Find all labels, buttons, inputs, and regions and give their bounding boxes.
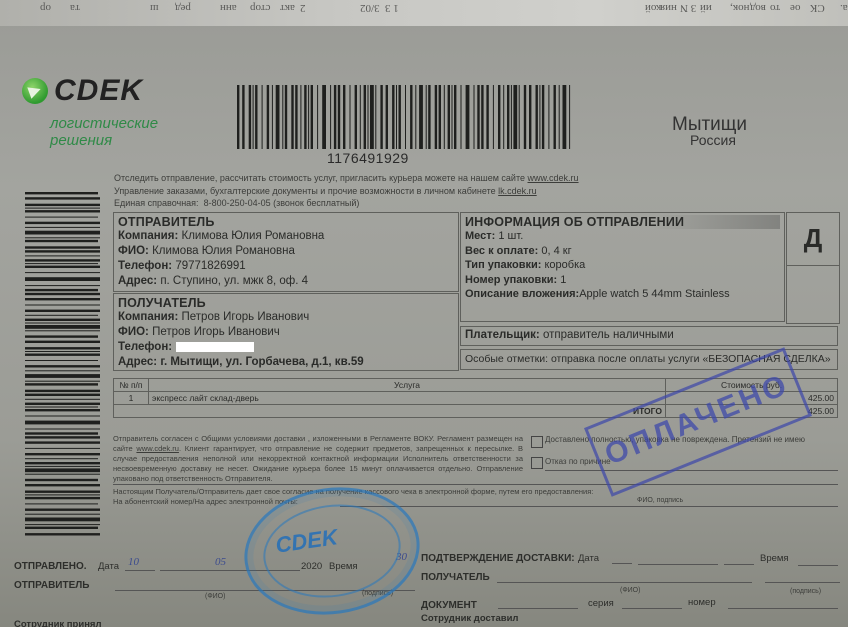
weight-value: 0, 4 кг — [541, 245, 571, 257]
sender-name-label: ФИО: — [118, 245, 149, 257]
number-label: номер — [688, 597, 716, 608]
email-line[interactable] — [340, 506, 838, 507]
info-lines: Отследить отправление, рассчитать стоимо… — [114, 172, 579, 210]
signature-hint: ФИО, подпись — [637, 497, 683, 504]
delivery-time-label: Время — [760, 553, 789, 564]
payer-row: Плательщик: отправитель наличными — [460, 326, 838, 346]
paper-fragment-text: вод — [750, 2, 766, 14]
receiver-address-label: Адрес: — [118, 356, 157, 368]
paper-fragment-text: ния — [660, 2, 677, 14]
receiver-sign-line — [765, 582, 840, 583]
receiver-company: Петров Игорь Иванович — [182, 311, 310, 323]
cabinet-link[interactable]: lk.cdek.ru — [498, 186, 537, 196]
receiver-section: ПОЛУЧАТЕЛЬ Компания: Петров Игорь Иванов… — [113, 293, 459, 371]
sent-employee-label: Сотрудник принял — [14, 619, 102, 627]
paper-fragment-text: 3 N — [680, 2, 696, 14]
tagline: логистические решения — [50, 115, 158, 149]
receiver-address: г. Мытищи, ул. Горбачева, д.1, кв.59 — [160, 356, 363, 368]
terms-text: Отправитель согласен с Общими условиями … — [113, 434, 523, 484]
paper-fragment-text: ор — [40, 2, 51, 14]
document-label: ДОКУМЕНТ — [421, 600, 477, 611]
paper-fragment-text: нок, — [730, 2, 749, 14]
weight-label: Вес к оплате: — [465, 245, 538, 257]
sender-fio-hint: (ФИО) — [205, 593, 225, 600]
total-label: ИТОГО — [114, 405, 666, 418]
paper-fragment-text: кой — [645, 2, 661, 14]
delivery-mode-letter: Д — [786, 212, 840, 266]
paper-fragment-text: ий — [700, 2, 712, 14]
receiver-company-label: Компания: — [118, 311, 178, 323]
pack-type-label: Тип упаковки: — [465, 259, 541, 271]
waybill-document: ра.СКоетоводнок,ий3 Nниякой3/021 32актст… — [0, 0, 848, 627]
places-label: Мест: — [465, 230, 495, 242]
receiver-name: Петров Игорь Иванович — [152, 326, 280, 338]
sent-date-label: Дата — [98, 561, 119, 572]
delivery-month-line — [638, 564, 718, 565]
sender-address: п. Ступино, ул. мжк 8, оф. 4 — [160, 275, 308, 287]
helpline-value: 8-800-250-04-05 (звонок бесплатный) — [204, 198, 360, 208]
refused-checkbox[interactable] — [531, 457, 543, 469]
cdek-logo: CDEK — [22, 74, 143, 108]
paper-fragment-text: СК — [810, 2, 825, 14]
side-barcode-icon — [25, 192, 100, 537]
payer-value: отправитель наличными — [543, 329, 674, 341]
barcode-icon — [237, 85, 572, 149]
brand-name: CDEK — [54, 74, 143, 108]
info-line-1: Отследить отправление, рассчитать стоимо… — [114, 173, 525, 183]
site-link[interactable]: www.cdek.ru — [528, 173, 579, 183]
special-marks-label: Особые отметки: — [465, 353, 548, 365]
row-number: 1 — [114, 392, 149, 405]
background-paper-strip: ра.СКоетоводнок,ий3 Nниякой3/021 32актст… — [0, 0, 848, 26]
delivery-date-label: Дата — [578, 553, 599, 564]
receiver-phone-label: Телефон: — [118, 341, 172, 353]
shipment-title: ИНФОРМАЦИЯ ОБ ОТПРАВЛЕНИИ — [465, 215, 780, 229]
sent-month: 05 — [215, 556, 226, 568]
info-line-2: Управление заказами, бухгалтерские докум… — [114, 186, 496, 196]
paper-fragment-text: акт — [280, 2, 295, 14]
sender-phone-label: Телефон: — [118, 260, 172, 272]
empty-cell — [786, 265, 840, 324]
paper-fragment-text: та — [70, 2, 80, 14]
series-label: серия — [588, 598, 614, 609]
sent-title: ОТПРАВЛЕНО. — [14, 561, 87, 572]
day-line — [125, 570, 155, 571]
contents-label: Описание вложения: — [465, 288, 579, 300]
col-service: Услуга — [149, 379, 666, 392]
delivery-employee-label: Сотрудник доставил — [421, 613, 518, 624]
pack-number-label: Номер упаковки: — [465, 274, 557, 286]
refusal-reason-line[interactable] — [545, 470, 838, 471]
cdek-logo-icon — [22, 78, 48, 104]
delivery-title: ПОДТВЕРЖДЕНИЕ ДОСТАВКИ: — [421, 553, 575, 564]
series-line — [622, 608, 682, 609]
sender-phone: 79771826991 — [175, 260, 245, 272]
receiver-title: ПОЛУЧАТЕЛЬ — [118, 296, 454, 310]
receiver-fio-hint: (ФИО) — [620, 587, 640, 594]
document-line — [498, 608, 578, 609]
receiver-name-label: ФИО: — [118, 326, 149, 338]
contents-value: Apple watch 5 44mm Stainless — [579, 288, 729, 300]
row-service: экспресс лайт склад-дверь — [149, 392, 666, 405]
delivery-year-line — [724, 564, 754, 565]
shipment-info-section: ИНФОРМАЦИЯ ОБ ОТПРАВЛЕНИИ Мест: 1 шт. Ве… — [460, 212, 785, 322]
number-line — [728, 608, 838, 609]
delivery-day-line — [612, 563, 632, 564]
paper-fragment-text: ш — [150, 2, 158, 14]
delivery-receiver-label: ПОЛУЧАТЕЛЬ — [421, 572, 490, 583]
paper-fragment-text: 1 3 — [385, 2, 399, 14]
paper-fragment-text: стор — [250, 2, 271, 14]
receiver-sign-hint: (подпись) — [790, 588, 821, 595]
divider — [113, 484, 838, 485]
sender-company-label: Компания: — [118, 230, 178, 242]
terms-link[interactable]: www.cdek.ru — [136, 444, 179, 453]
payer-label: Плательщик: — [465, 329, 540, 341]
paper-fragment-text: ое — [790, 2, 801, 14]
sent-day: 10 — [128, 556, 139, 568]
sent-sender-label: ОТПРАВИТЕЛЬ — [14, 580, 89, 591]
delivery-time-line — [798, 565, 838, 566]
tagline-line-2: решения — [50, 132, 158, 149]
paper-fragment-text: ред — [175, 2, 191, 14]
paper-fragment-text: анн — [220, 2, 237, 14]
sender-name: Климова Юлия Романовна — [152, 245, 295, 257]
helpline-label: Единая справочная: — [114, 198, 199, 208]
sender-address-label: Адрес: — [118, 275, 157, 287]
sender-title: ОТПРАВИТЕЛЬ — [118, 215, 454, 229]
pack-type-value: коробка — [544, 259, 585, 271]
redacted-phone — [176, 342, 254, 352]
sender-company: Климова Юлия Романовна — [182, 230, 325, 242]
paper-fragment-text: 3/02 — [360, 2, 380, 14]
delivered-checkbox[interactable] — [531, 436, 543, 448]
paper-fragment-text: то — [770, 2, 780, 14]
paper-fragment-text: 2 — [300, 2, 306, 14]
destination-country: Россия — [690, 132, 736, 148]
receiver-fio-line — [497, 582, 752, 583]
paper-fragment-text: ра. — [840, 2, 848, 14]
pack-number-value: 1 — [560, 274, 566, 286]
barcode-number: 1176491929 — [327, 150, 409, 166]
places-value: 1 шт. — [498, 230, 523, 242]
tagline-line-1: логистические — [50, 115, 158, 132]
sender-section: ОТПРАВИТЕЛЬ Компания: Климова Юлия Роман… — [113, 212, 459, 292]
col-number: № п/п — [114, 379, 149, 392]
